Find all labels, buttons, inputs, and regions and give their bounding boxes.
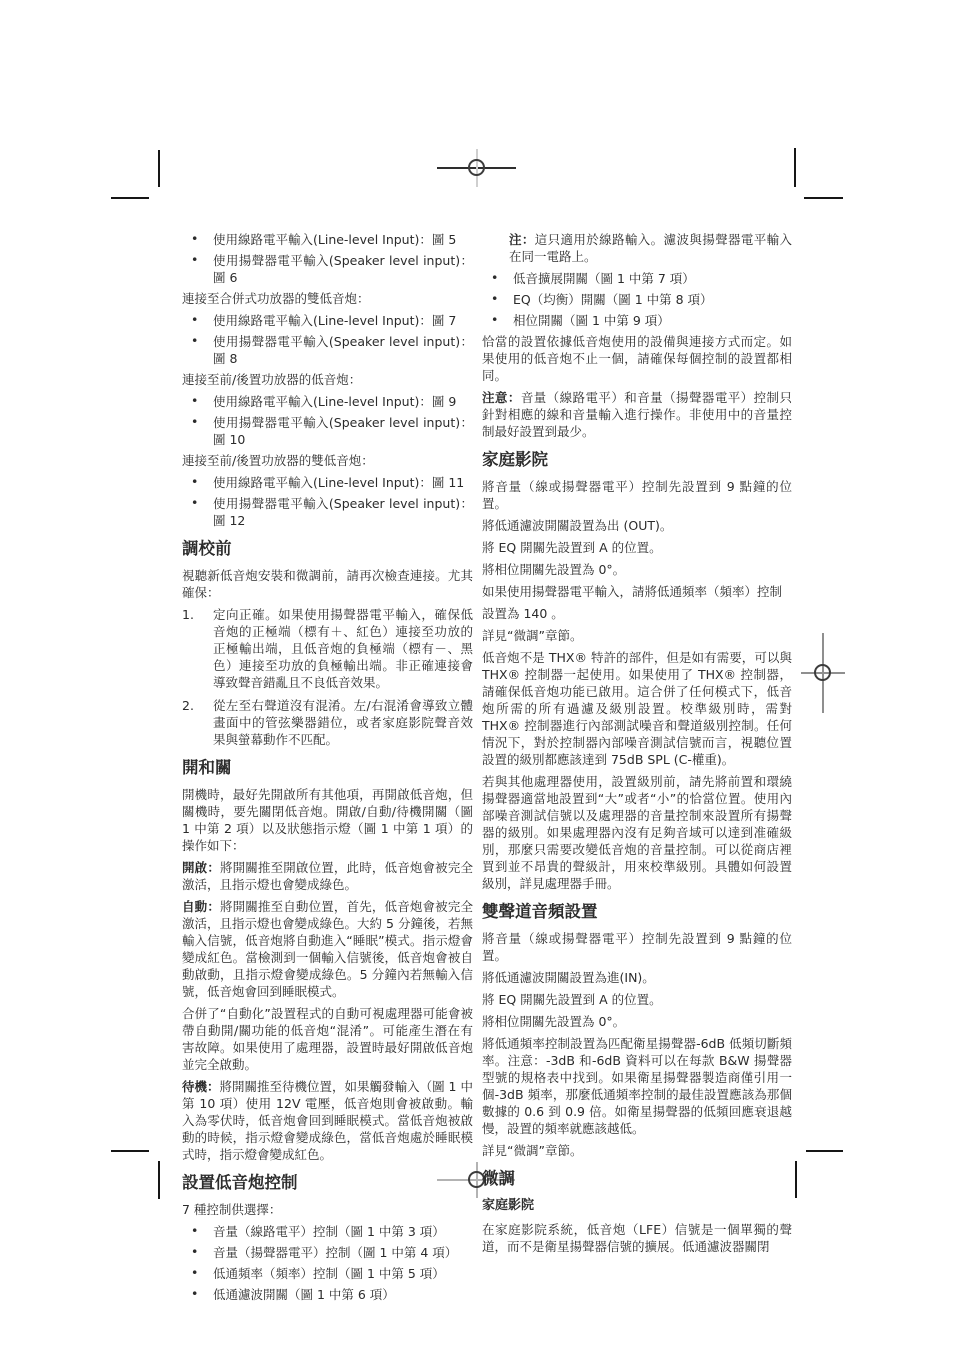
section-heading: 微調 <box>482 1168 792 1189</box>
bullet-text: 使用線路電平輸入(Line-level Input)：圖 7 <box>213 313 456 328</box>
crop-mark-top-left-horizontal <box>111 197 149 199</box>
paragraph: 詳見“微調”章節。 <box>482 1142 792 1159</box>
bullet-icon: • <box>191 413 198 430</box>
paragraph-text: 詳見“微調”章節。 <box>482 1143 582 1158</box>
bullet-icon: • <box>191 1285 198 1302</box>
crop-mark-top-left-vertical <box>158 150 160 187</box>
bullet-icon: • <box>191 230 198 247</box>
crop-mark-bottom-right-vertical <box>795 1161 797 1198</box>
paragraph: 開啟：將開關推至開啟位置，此時，低音炮會被完全激活，且指示燈也會變成綠色。 <box>182 859 473 893</box>
bullet-list-item: •低音擴展開關（圖 1 中第 7 項） <box>482 270 792 287</box>
bullet-list-item: •使用揚聲器電平輸入(Speaker level input)：圖 8 <box>182 333 473 367</box>
bullet-list-item: •相位開關（圖 1 中第 9 項） <box>482 312 792 329</box>
paragraph-text: 將開關推至開啟位置，此時，低音炮會被完全激活，且指示燈也會變成綠色。 <box>182 860 473 892</box>
bullet-icon: • <box>491 269 498 286</box>
paragraph-text: 低音炮不是 THX® 特許的部件，但是如有需要，可以與 THX® 控制器一起使用… <box>482 650 792 767</box>
paragraph-text: 將音量（線或揚聲器電平）控制先設置到 9 點鐘的位置。 <box>482 931 792 963</box>
paragraph: 詳見“微調”章節。 <box>482 627 792 644</box>
paragraph-text: 合併了“自動化”設置程式的自動可視處理器可能會被帶自動開/關功能的低音炮“混淆”… <box>182 1006 473 1072</box>
bullet-text: 相位開關（圖 1 中第 9 項） <box>513 313 670 328</box>
numbered-list-item: 1.定向正確。如果使用揚聲器電平輸入，確保低音炮的正極端（標有＋、紅色）連接至功… <box>182 606 473 691</box>
paragraph: 連接至前/後置功放器的雙低音炮： <box>182 452 473 469</box>
bullet-text: 使用揚聲器電平輸入(Speaker level input)：圖 10 <box>213 415 473 447</box>
left-column: •使用線路電平輸入(Line-level Input)：圖 5•使用揚聲器電平輸… <box>182 231 473 1307</box>
bullet-list-item: •低通濾波開關（圖 1 中第 6 項） <box>182 1286 473 1303</box>
numbered-list-item: 2.從左至右聲道沒有混淆。左/右混淆會導致立體畫面中的管弦樂器錯位，或者家庭影院… <box>182 697 473 748</box>
section-heading: 設置低音炮控制 <box>182 1172 473 1193</box>
paragraph-text: 連接至合併式功放器的雙低音炮： <box>182 291 370 306</box>
paragraph: 連接至合併式功放器的雙低音炮： <box>182 290 473 307</box>
paragraph: 注意：音量（線路電平）和音量（揚聲器電平）控制只針對相應的線和音量輸入進行操作。… <box>482 389 792 440</box>
paragraph: 將 EQ 開關先設置到 A 的位置。 <box>482 991 792 1008</box>
paragraph: 連接至前/後置功放器的低音炮： <box>182 371 473 388</box>
numbered-text: 定向正確。如果使用揚聲器電平輸入，確保低音炮的正極端（標有＋、紅色）連接至功放的… <box>213 607 473 690</box>
registration-mark-top-circle-icon <box>468 159 485 176</box>
bullet-list-item: •音量（揚聲器電平）控制（圖 1 中第 4 項） <box>182 1244 473 1261</box>
bullet-list-item: •EQ（均衡）開關（圖 1 中第 8 項） <box>482 291 792 308</box>
bullet-list-item: •音量（線路電平）控制（圖 1 中第 3 項） <box>182 1223 473 1240</box>
paragraph-text: 在家庭影院系統，低音炮（LFE）信號是一個單獨的聲道，而不是衛星揚聲器信號的擴展… <box>482 1222 792 1254</box>
paragraph: 視聽新低音炮安裝和微調前，請再次檢查連接。尤其確保： <box>182 567 473 601</box>
paragraph-text: 詳見“微調”章節。 <box>482 628 582 643</box>
paragraph: 設置為 140 。 <box>482 605 792 622</box>
bullet-icon: • <box>491 290 498 307</box>
paragraph: 將低通濾波開關設置為進(IN)。 <box>482 969 792 986</box>
paragraph-text: 連接至前/後置功放器的雙低音炮： <box>182 453 374 468</box>
bold-lead: 開啟： <box>182 860 220 875</box>
bullet-icon: • <box>191 473 198 490</box>
paragraph: 將低通頻率控制設置為匹配衛星揚聲器-6dB 低頻切斷頻率。注意：-3dB 和-6… <box>482 1035 792 1137</box>
bullet-list-item: •使用線路電平輸入(Line-level Input)：圖 7 <box>182 312 473 329</box>
section-heading: 雙聲道音頻設置 <box>482 901 792 922</box>
paragraph: 7 種控制供選擇： <box>182 1201 473 1218</box>
paragraph-text: 將 EQ 開關先設置到 A 的位置。 <box>482 540 662 555</box>
crop-mark-bottom-right-horizontal <box>806 1150 843 1152</box>
bullet-text: 使用線路電平輸入(Line-level Input)：圖 9 <box>213 394 456 409</box>
crop-mark-top-right-vertical <box>794 148 796 187</box>
bullet-text: 低通頻率（頻率）控制（圖 1 中第 5 項） <box>213 1266 445 1281</box>
paragraph: 自動：將開關推至自動位置，首先，低音炮會被完全激活，且指示燈也會變成綠色。大約 … <box>182 898 473 1000</box>
bold-lead: 注： <box>509 232 535 247</box>
paragraph-text: 視聽新低音炮安裝和微調前，請再次檢查連接。尤其確保： <box>182 568 473 600</box>
paragraph-text: 音量（線路電平）和音量（揚聲器電平）控制只針對相應的線和音量輸入進行操作。非使用… <box>482 390 792 439</box>
paragraph-text: 連接至前/後置功放器的低音炮： <box>182 372 361 387</box>
bullet-text: 音量（線路電平）控制（圖 1 中第 3 項） <box>213 1224 445 1239</box>
paragraph-text: 將音量（線或揚聲器電平）控制先設置到 9 點鐘的位置。 <box>482 479 792 511</box>
bullet-icon: • <box>191 1264 198 1281</box>
bullet-text: 音量（揚聲器電平）控制（圖 1 中第 4 項） <box>213 1245 457 1260</box>
section-heading: 開和關 <box>182 757 473 778</box>
bullet-list-item: •使用線路電平輸入(Line-level Input)：圖 9 <box>182 393 473 410</box>
bullet-list-item: •使用線路電平輸入(Line-level Input)：圖 5 <box>182 231 473 248</box>
bullet-list-item: •低通頻率（頻率）控制（圖 1 中第 5 項） <box>182 1265 473 1282</box>
paragraph: 將相位開關先設置為 0°。 <box>482 561 792 578</box>
section-heading: 調校前 <box>182 538 473 559</box>
note-paragraph: 注：這只適用於線路輸入。濾波與揚聲器電平輸入在同一電路上。 <box>482 231 792 265</box>
paragraph: 開機時，最好先開啟所有其他項，再開啟低音炮，但關機時，要先關閉低音炮。開啟/自動… <box>182 786 473 854</box>
bullet-icon: • <box>191 494 198 511</box>
paragraph-text: 將相位開關先設置為 0°。 <box>482 562 625 577</box>
paragraph: 將 EQ 開關先設置到 A 的位置。 <box>482 539 792 556</box>
bullet-list-item: •使用揚聲器電平輸入(Speaker level input)：圖 6 <box>182 252 473 286</box>
paragraph-text: 這只適用於線路輸入。濾波與揚聲器電平輸入在同一電路上。 <box>509 232 792 264</box>
bullet-text: 使用線路電平輸入(Line-level Input)：圖 11 <box>213 475 464 490</box>
section-heading: 家庭影院 <box>482 449 792 470</box>
list-number: 2. <box>182 697 194 714</box>
paragraph-text: 恰當的設置依據低音炮使用的設備與連接方式而定。如果使用的低音炮不止一個，請確保每… <box>482 334 792 383</box>
bullet-text: 使用揚聲器電平輸入(Speaker level input)：圖 12 <box>213 496 473 528</box>
bullet-text: 使用揚聲器電平輸入(Speaker level input)：圖 8 <box>213 334 473 366</box>
paragraph-text: 將開關推至待機位置，如果觸發輸入（圖 1 中第 10 項）使用 12V 電壓，低… <box>182 1079 473 1162</box>
paragraph: 合併了“自動化”設置程式的自動可視處理器可能會被帶自動開/關功能的低音炮“混淆”… <box>182 1005 473 1073</box>
paragraph-text: 將低通濾波開關設置為進(IN)。 <box>482 970 655 985</box>
bullet-icon: • <box>191 332 198 349</box>
bold-lead: 自動： <box>182 899 220 914</box>
paragraph-text: 若與其他處理器使用，設置級別前，請先將前置和環繞揚聲器適當地設置到“大”或者“小… <box>482 774 792 891</box>
bullet-icon: • <box>191 311 198 328</box>
crop-mark-bottom-left-horizontal <box>111 1150 149 1152</box>
bullet-icon: • <box>191 392 198 409</box>
paragraph: 在家庭影院系統，低音炮（LFE）信號是一個單獨的聲道，而不是衛星揚聲器信號的擴展… <box>482 1221 792 1255</box>
bullet-list-item: •使用揚聲器電平輸入(Speaker level input)：圖 12 <box>182 495 473 529</box>
paragraph-text: 開機時，最好先開啟所有其他項，再開啟低音炮，但關機時，要先關閉低音炮。開啟/自動… <box>182 787 473 853</box>
bullet-list-item: •使用揚聲器電平輸入(Speaker level input)：圖 10 <box>182 414 473 448</box>
numbered-text: 從左至右聲道沒有混淆。左/右混淆會導致立體畫面中的管弦樂器錯位，或者家庭影院聲音… <box>213 698 473 747</box>
bullet-text: 使用揚聲器電平輸入(Speaker level input)：圖 6 <box>213 253 473 285</box>
paragraph-text: 7 種控制供選擇： <box>182 1202 281 1217</box>
paragraph: 待機：將開關推至待機位置，如果觸發輸入（圖 1 中第 10 項）使用 12V 電… <box>182 1078 473 1163</box>
paragraph: 低音炮不是 THX® 特許的部件，但是如有需要，可以與 THX® 控制器一起使用… <box>482 649 792 768</box>
sub-heading: 家庭影院 <box>482 1197 792 1215</box>
paragraph-text: 如果使用揚聲器電平輸入，請將低通頻率（頻率）控制 <box>482 584 782 599</box>
bullet-icon: • <box>191 251 198 268</box>
paragraph: 若與其他處理器使用，設置級別前，請先將前置和環繞揚聲器適當地設置到“大”或者“小… <box>482 773 792 892</box>
manual-page: •使用線路電平輸入(Line-level Input)：圖 5•使用揚聲器電平輸… <box>0 0 954 1350</box>
crop-mark-top-right-horizontal <box>804 197 843 199</box>
list-number: 1. <box>182 606 194 623</box>
paragraph: 將低通濾波開關設置為出 (OUT)。 <box>482 517 792 534</box>
paragraph: 將音量（線或揚聲器電平）控制先設置到 9 點鐘的位置。 <box>482 478 792 512</box>
crop-mark-bottom-left-vertical <box>158 1161 160 1199</box>
paragraph-text: 將開關推至自動位置，首先，低音炮會被完全激活，且指示燈也會變成綠色。大約 5 分… <box>182 899 473 999</box>
registration-mark-right-circle-icon <box>814 664 831 681</box>
paragraph: 將音量（線或揚聲器電平）控制先設置到 9 點鐘的位置。 <box>482 930 792 964</box>
paragraph: 如果使用揚聲器電平輸入，請將低通頻率（頻率）控制 <box>482 583 792 600</box>
paragraph-text: 將低通頻率控制設置為匹配衛星揚聲器-6dB 低頻切斷頻率。注意：-3dB 和-6… <box>482 1036 792 1136</box>
bullet-text: 使用線路電平輸入(Line-level Input)：圖 5 <box>213 232 456 247</box>
paragraph-text: 設置為 140 。 <box>482 606 564 621</box>
bullet-icon: • <box>491 311 498 328</box>
paragraph: 恰當的設置依據低音炮使用的設備與連接方式而定。如果使用的低音炮不止一個，請確保每… <box>482 333 792 384</box>
bullet-list-item: •使用線路電平輸入(Line-level Input)：圖 11 <box>182 474 473 491</box>
bullet-icon: • <box>191 1222 198 1239</box>
bold-lead: 注意： <box>482 390 521 405</box>
paragraph-text: 將低通濾波開關設置為出 (OUT)。 <box>482 518 672 533</box>
bullet-text: 低音擴展開關（圖 1 中第 7 項） <box>513 271 695 286</box>
bullet-text: 低通濾波開關（圖 1 中第 6 項） <box>213 1287 395 1302</box>
bullet-text: EQ（均衡）開關（圖 1 中第 8 項） <box>513 292 713 307</box>
paragraph-text: 將 EQ 開關先設置到 A 的位置。 <box>482 992 662 1007</box>
paragraph-text: 將相位開關先設置為 0°。 <box>482 1014 625 1029</box>
paragraph: 將相位開關先設置為 0°。 <box>482 1013 792 1030</box>
bold-lead: 待機： <box>182 1079 220 1094</box>
right-column: 注：這只適用於線路輸入。濾波與揚聲器電平輸入在同一電路上。•低音擴展開關（圖 1… <box>482 231 792 1260</box>
bullet-icon: • <box>191 1243 198 1260</box>
